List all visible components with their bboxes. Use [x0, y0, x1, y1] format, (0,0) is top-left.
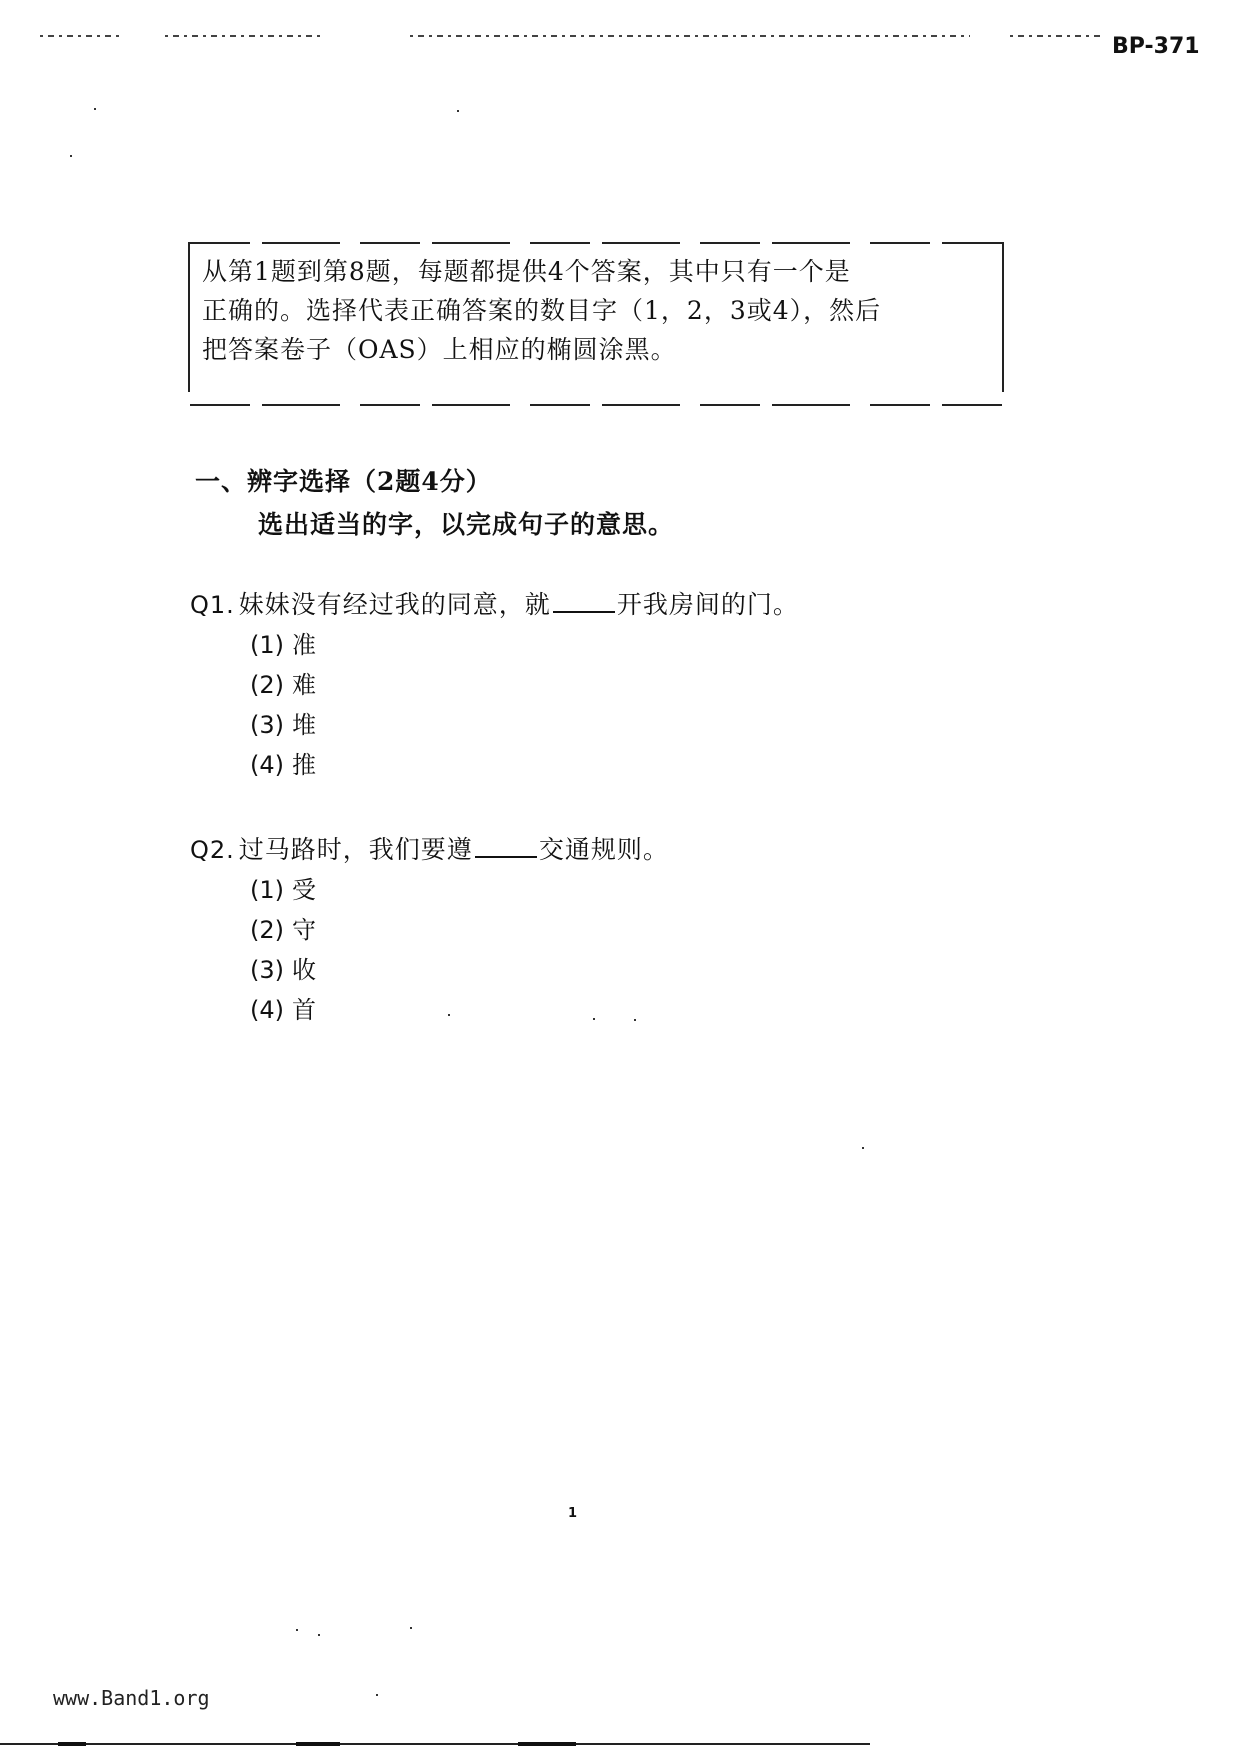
- scan-speck: [318, 1634, 320, 1636]
- instruction-line: 正确的。选择代表正确答案的数目字（1，2，3或4），然后: [202, 291, 992, 330]
- option-text: 难: [292, 671, 316, 699]
- option-label: (2): [250, 916, 284, 944]
- bottom-rule: [0, 1743, 870, 1745]
- scan-speck: [634, 1019, 636, 1021]
- scan-speck: [70, 155, 72, 157]
- q1-option-1: (1)准: [250, 625, 316, 660]
- option-label: (1): [250, 876, 284, 904]
- option-label: (2): [250, 671, 284, 699]
- scan-artifact-line: [165, 35, 325, 37]
- q2-option-3: (3)收: [250, 950, 316, 985]
- document-code: BP-371: [1112, 34, 1200, 59]
- scan-speck: [862, 1147, 864, 1149]
- scan-artifact-line: [1010, 35, 1100, 37]
- scan-speck: [296, 1629, 298, 1631]
- option-label: (1): [250, 631, 284, 659]
- scan-speck: [376, 1694, 378, 1696]
- scan-speck: [448, 1014, 450, 1016]
- scan-speck: [94, 108, 96, 110]
- scan-speck: [593, 1018, 595, 1020]
- question-1: Q1.妹妹没有经过我的同意，就开我房间的门。: [190, 585, 799, 621]
- question-text-after: 交通规则。: [539, 835, 669, 864]
- option-text: 堆: [292, 711, 316, 739]
- section-title: 一、辨字选择（2题4分）: [195, 462, 492, 498]
- question-text-before: 妹妹没有经过我的同意，就: [239, 590, 551, 619]
- instruction-box: 从第1题到第8题，每题都提供4个答案，其中只有一个是 正确的。选择代表正确答案的…: [188, 242, 1004, 392]
- q2-option-4: (4)首: [250, 990, 316, 1025]
- option-label: (4): [250, 751, 284, 779]
- question-text-before: 过马路时，我们要遵: [239, 835, 473, 864]
- option-text: 准: [292, 631, 316, 659]
- instruction-text: 从第1题到第8题，每题都提供4个答案，其中只有一个是 正确的。选择代表正确答案的…: [202, 252, 992, 369]
- option-label: (4): [250, 996, 284, 1024]
- option-text: 收: [292, 956, 316, 984]
- q1-option-4: (4)推: [250, 745, 316, 780]
- answer-blank: [475, 840, 537, 858]
- q2-option-1: (1)受: [250, 870, 316, 905]
- question-2: Q2.过马路时，我们要遵交通规则。: [190, 830, 669, 866]
- footer-url: www.Band1.org: [53, 1686, 210, 1710]
- q1-option-3: (3)堆: [250, 705, 316, 740]
- q2-option-2: (2)守: [250, 910, 316, 945]
- option-text: 首: [292, 996, 316, 1024]
- option-label: (3): [250, 711, 284, 739]
- option-text: 守: [292, 916, 316, 944]
- question-number: Q1.: [190, 591, 235, 619]
- option-text: 受: [292, 876, 316, 904]
- option-label: (3): [250, 956, 284, 984]
- scan-artifact-line: [410, 35, 970, 37]
- question-text-after: 开我房间的门。: [617, 590, 799, 619]
- scan-artifact-line: [40, 35, 120, 37]
- instruction-line: 把答案卷子（OAS）上相应的椭圆涂黑。: [202, 330, 992, 369]
- q1-option-2: (2)难: [250, 665, 316, 700]
- option-text: 推: [292, 751, 316, 779]
- scan-speck: [457, 110, 459, 112]
- instruction-line: 从第1题到第8题，每题都提供4个答案，其中只有一个是: [202, 252, 992, 291]
- scan-speck: [410, 1627, 412, 1629]
- page-number: 1: [568, 1506, 577, 1521]
- question-number: Q2.: [190, 836, 235, 864]
- answer-blank: [553, 595, 615, 613]
- section-subtitle: 选出适当的字，以完成句子的意思。: [258, 505, 674, 541]
